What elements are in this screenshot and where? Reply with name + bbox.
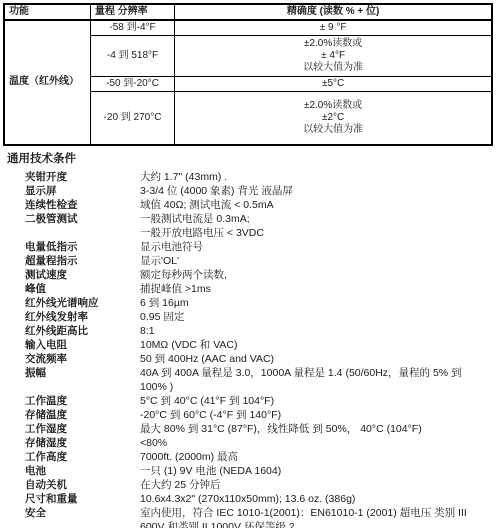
spec-row: 夹钳开度 大约 1.7" (43mm) . xyxy=(3,170,496,184)
spec-value: 一只 (1) 9V 电池 (NEDA 1604) xyxy=(140,464,496,478)
spec-row: 工作高度 7000ft. (2000m) 最高 xyxy=(3,450,496,464)
spec-value: 10MΩ (VDC 和 VAC) xyxy=(140,338,496,352)
range-value: -20 到 270°C xyxy=(90,92,174,145)
header-function: 功能 xyxy=(4,4,90,20)
spec-value: 额定每秒两个读数, xyxy=(140,268,496,282)
spec-label: 红外线光谱响应 xyxy=(3,296,140,310)
spec-label: 存储温度 xyxy=(3,408,140,422)
spec-value: 3-3/4 位 (4000 象素) 背光 液晶屏 xyxy=(140,184,496,198)
header-range-resolution: 量程 分辨率 xyxy=(90,4,174,20)
spec-sheet-page: 功能 量程 分辨率 精确度 (读数 % + 位) 温度（红外线） -58 到-4… xyxy=(0,0,500,528)
spec-row: 自动关机 在大约 25 分钟后 xyxy=(3,478,496,492)
spec-value: 显示电池符号 xyxy=(140,240,496,254)
header-accuracy: 精确度 (读数 % + 位) xyxy=(175,4,492,20)
spec-row: 电量低指示 显示电池符号 xyxy=(3,240,496,254)
spec-label: 红外线发射率 xyxy=(3,310,140,324)
spec-row: 电池 一只 (1) 9V 电池 (NEDA 1604) xyxy=(3,464,496,478)
spec-label: 尺寸和重量 xyxy=(3,492,140,506)
range-value: -58 到-4°F xyxy=(90,20,174,36)
spec-label: 工作高度 xyxy=(3,450,140,464)
accuracy-value: ± 9 °F xyxy=(175,20,492,36)
spec-value: 最大 80% 到 31°C (87°F)，线性降低 到 50%， 40°C (1… xyxy=(140,422,496,436)
spec-value: -20°C 到 60°C (-4°F 到 140°F) xyxy=(140,408,496,422)
spec-label: 交流频率 xyxy=(3,352,140,366)
spec-label: 工作温度 xyxy=(3,394,140,408)
accuracy-value: ±5°C xyxy=(175,77,492,92)
spec-value: 8:1 xyxy=(140,324,496,338)
spec-value: 10.6x4.3x2" (270x110x50mm); 13.6 oz. (38… xyxy=(140,492,496,506)
temperature-spec-table: 功能 量程 分辨率 精确度 (读数 % + 位) 温度（红外线） -58 到-4… xyxy=(3,3,493,146)
spec-label: 夹钳开度 xyxy=(3,170,140,184)
spec-row: 红外线发射率 0.95 固定 xyxy=(3,310,496,324)
spec-value: 大约 1.7" (43mm) . xyxy=(140,170,496,184)
spec-row: 工作湿度 最大 80% 到 31°C (87°F)，线性降低 到 50%， 40… xyxy=(3,422,496,436)
spec-row: 峰值 捕捉峰值 >1ms xyxy=(3,282,496,296)
spec-row: 红外线光谱响应 6 到 16µm xyxy=(3,296,496,310)
spec-label: 峰值 xyxy=(3,282,140,296)
spec-label: 二极管测试 xyxy=(3,212,140,226)
range-value: -4 到 518°F xyxy=(90,36,174,77)
spec-label: 安全 xyxy=(3,506,140,520)
spec-label: 工作湿度 xyxy=(3,422,140,436)
spec-row: 振幅 40A 到 400A 量程是 3.0，1000A 量程是 1.4 (50/… xyxy=(3,366,496,394)
spec-label: 超量程指示 xyxy=(3,254,140,268)
spec-label: 连续性检查 xyxy=(3,198,140,212)
spec-value: 室内使用，符合 IEC 1010-1(2001)：EN61010-1 (2001… xyxy=(140,506,496,528)
table-row: 温度（红外线） -58 到-4°F ± 9 °F xyxy=(4,20,492,36)
spec-value: <80% xyxy=(140,436,496,450)
accuracy-value: ±2.0%读数或 ± 4°F 以较大值为准 xyxy=(175,36,492,77)
spec-value: 在大约 25 分钟后 xyxy=(140,478,496,492)
spec-row: 存储温度 -20°C 到 60°C (-4°F 到 140°F) xyxy=(3,408,496,422)
spec-row: 红外线距高比 8:1 xyxy=(3,324,496,338)
spec-row: 输入电阻 10MΩ (VDC 和 VAC) xyxy=(3,338,496,352)
spec-row: 测试速度 额定每秒两个读数, xyxy=(3,268,496,282)
spec-value: 40A 到 400A 量程是 3.0，1000A 量程是 1.4 (50/60H… xyxy=(140,366,496,394)
spec-label: 电池 xyxy=(3,464,140,478)
spec-row: 连续性检查 域值 40Ω; 测试电流 < 0.5mA xyxy=(3,198,496,212)
spec-label: 测试速度 xyxy=(3,268,140,282)
spec-row: 二极管测试 一般测试电流是 0.3mA; 一般开放电路电压 < 3VDC xyxy=(3,212,496,240)
spec-value: 5°C 到 40°C (41°F 到 104°F) xyxy=(140,394,496,408)
spec-label: 振幅 xyxy=(3,366,140,380)
spec-value: 显示'OL' xyxy=(140,254,496,268)
spec-value: 一般测试电流是 0.3mA; 一般开放电路电压 < 3VDC xyxy=(140,212,496,240)
spec-row: 存储湿度 <80% xyxy=(3,436,496,450)
spec-label: 存储湿度 xyxy=(3,436,140,450)
spec-label: 自动关机 xyxy=(3,478,140,492)
spec-label: 红外线距高比 xyxy=(3,324,140,338)
spec-row: 交流频率 50 到 400Hz (AAC and VAC) xyxy=(3,352,496,366)
section-title: 通用技术条件 xyxy=(7,152,496,166)
spec-value: 捕捉峰值 >1ms xyxy=(140,282,496,296)
spec-value: 50 到 400Hz (AAC and VAC) xyxy=(140,352,496,366)
spec-label: 电量低指示 xyxy=(3,240,140,254)
spec-row: 超量程指示 显示'OL' xyxy=(3,254,496,268)
spec-label: 显示屏 xyxy=(3,184,140,198)
spec-value: 7000ft. (2000m) 最高 xyxy=(140,450,496,464)
spec-value: 域值 40Ω; 测试电流 < 0.5mA xyxy=(140,198,496,212)
function-label: 温度（红外线） xyxy=(4,20,90,145)
spec-value: 0.95 固定 xyxy=(140,310,496,324)
spec-row: 显示屏 3-3/4 位 (4000 象素) 背光 液晶屏 xyxy=(3,184,496,198)
general-spec-list: 夹钳开度 大约 1.7" (43mm) . 显示屏 3-3/4 位 (4000 … xyxy=(3,170,496,528)
spec-value: 6 到 16µm xyxy=(140,296,496,310)
range-value: -50 到-20°C xyxy=(90,77,174,92)
spec-label: 输入电阻 xyxy=(3,338,140,352)
accuracy-value: ±2.0%读数或 ±2°C 以较大值为准 xyxy=(175,92,492,145)
spec-row: 工作温度 5°C 到 40°C (41°F 到 104°F) xyxy=(3,394,496,408)
spec-row: 安全 室内使用，符合 IEC 1010-1(2001)：EN61010-1 (2… xyxy=(3,506,496,528)
spec-table-header-row: 功能 量程 分辨率 精确度 (读数 % + 位) xyxy=(4,4,492,20)
spec-row: 尺寸和重量 10.6x4.3x2" (270x110x50mm); 13.6 o… xyxy=(3,492,496,506)
